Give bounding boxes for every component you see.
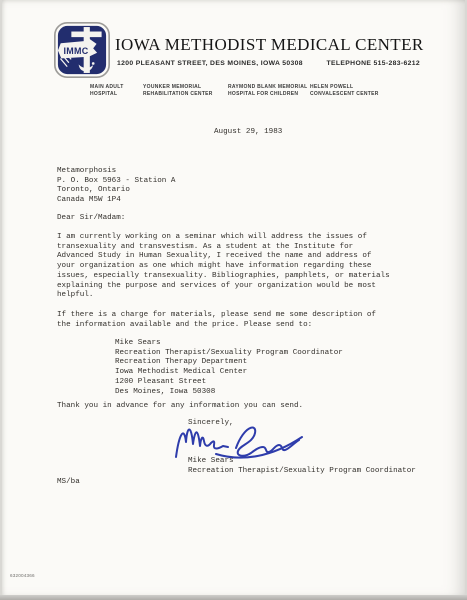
recipient-address-block: Metamorphosis P. O. Box 5963 - Station A… (57, 167, 175, 206)
closing-thanks: Thank you in advance for any information… (57, 402, 303, 412)
letter-date: August 29, 1983 (214, 128, 282, 138)
scan-bottom-edge (0, 595, 467, 600)
reference-initials: MS/ba (57, 478, 80, 488)
facility-line: HOSPITAL FOR CHILDREN (228, 91, 307, 98)
logo-acronym-text: IMMC (64, 46, 89, 56)
archive-number: 632004366 (10, 573, 35, 578)
facility-younker: YOUNKER MEMORIAL REHABILITATION CENTER (143, 84, 213, 97)
salutation: Dear Sir/Madam: (57, 214, 125, 224)
letterhead-telephone: TELEPHONE 515-283-6212 (280, 60, 420, 67)
scanned-letter-page: IMMC IOWA METHODIST MEDICAL CENTER 1200 … (2, 0, 465, 595)
signature-title: Recreation Therapist/Sexuality Program C… (188, 467, 416, 477)
facility-main-adult: MAIN ADULT HOSPITAL (90, 84, 124, 97)
facility-line: RAYMOND BLANK MEMORIAL (228, 84, 307, 91)
facility-line: CONVALESCENT CENTER (310, 91, 379, 98)
facility-helen-powell: HELEN POWELL CONVALESCENT CENTER (310, 84, 379, 97)
facility-line: MAIN ADULT (90, 84, 124, 91)
body-paragraph-1: I am currently working on a seminar whic… (57, 233, 390, 301)
send-to-block: Mike Sears Recreation Therapist/Sexualit… (115, 339, 343, 397)
facility-raymond-blank: RAYMOND BLANK MEMORIAL HOSPITAL FOR CHIL… (228, 84, 307, 97)
facility-line: REHABILITATION CENTER (143, 91, 213, 98)
immc-logo-icon: IMMC (54, 22, 110, 78)
org-name: IOWA METHODIST MEDICAL CENTER (115, 35, 435, 55)
facility-line: HOSPITAL (90, 91, 124, 98)
body-paragraph-2: If there is a charge for materials, plea… (57, 311, 376, 330)
signature-name: Mike Sears (188, 457, 234, 467)
letterhead-address: 1200 PLEASANT STREET, DES MOINES, IOWA 5… (117, 60, 303, 67)
immc-logo: IMMC (54, 22, 110, 78)
